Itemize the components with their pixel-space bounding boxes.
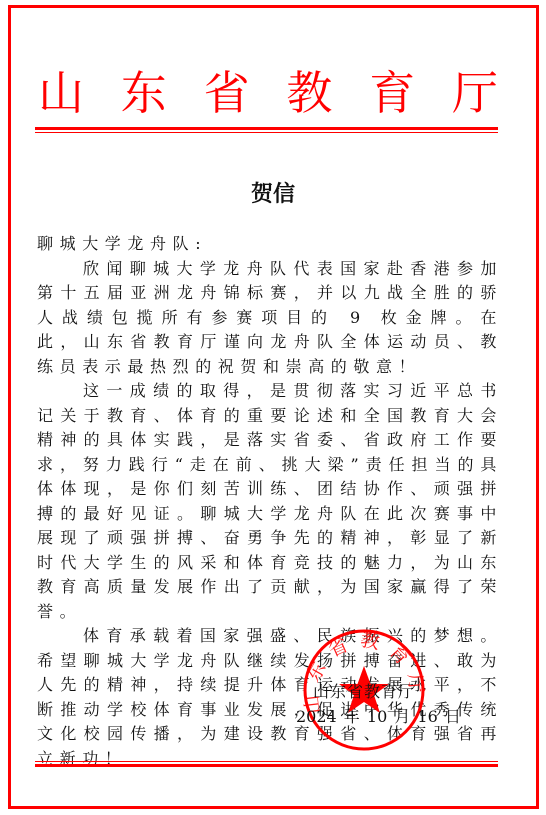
masthead-char: 厅 [452, 66, 498, 120]
footer-rule-thick [35, 764, 498, 767]
salutation: 聊城大学龙舟队: [37, 232, 503, 257]
masthead-char: 东 [121, 66, 167, 120]
masthead-char: 育 [369, 66, 415, 120]
paragraph: 体育承载着国家强盛、民族振兴的梦想。希望聊城大学龙舟队继续发扬拼搏奋进、敢为人先… [37, 624, 503, 771]
masthead-char: 省 [204, 66, 250, 120]
document-title: 贺信 [0, 180, 546, 208]
signature: 山东省教育厅 [313, 680, 415, 704]
letter-body: 聊城大学龙舟队: 欣闻聊城大学龙舟队代表国家赴香港参加第十五届亚洲龙舟锦标赛，并… [37, 232, 503, 771]
paragraph: 欣闻聊城大学龙舟队代表国家赴香港参加第十五届亚洲龙舟锦标赛，并以九战全胜的骄人战… [37, 257, 503, 380]
footer-rule-thin [35, 761, 498, 762]
masthead-char: 山 [38, 66, 84, 120]
header-rule-thick [35, 127, 498, 130]
paragraph: 这一成绩的取得，是贯彻落实习近平总书记关于教育、体育的重要论述和全国教育大会精神… [37, 379, 503, 624]
masthead-char: 教 [286, 66, 332, 120]
masthead-title: 山 东 省 教 育 厅 [38, 66, 498, 120]
header-rule-thin [35, 132, 498, 133]
document-date: 2024 年 10 月 16 日 [296, 705, 461, 729]
